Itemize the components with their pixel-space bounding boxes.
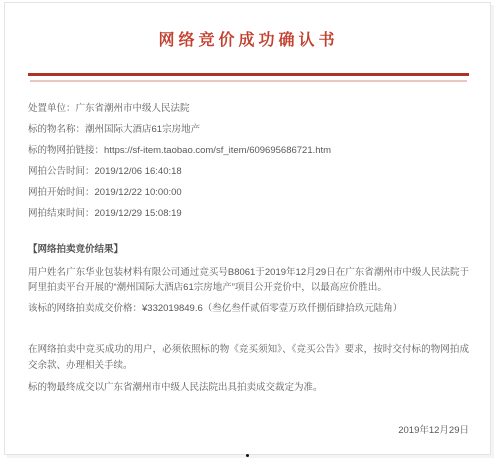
info-row-end-time: 网拍结束时间：2019/12/29 15:08:19	[28, 203, 469, 224]
notes-block: 在网络拍卖中竞买成功的用户，必须依照标的物《竞买须知》、《竞买公告》要求，按时交…	[28, 342, 469, 396]
result-section-heading: 【网络拍卖竞价结果】	[28, 243, 469, 257]
confirmation-document: 网络竞价成功确认书 处置单位：广东省潮州市中级人民法院 标的物名称：潮州国际大酒…	[0, 0, 499, 463]
info-row-announce-time: 网拍公告时间：2019/12/06 16:40:18	[28, 161, 469, 182]
page-title: 网络竞价成功确认书	[28, 27, 469, 50]
document-sheet: 网络竞价成功确认书 处置单位：广东省潮州市中级人民法院 标的物名称：潮州国际大酒…	[4, 2, 491, 455]
info-value: 潮州国际大酒店61宗房地产	[85, 124, 200, 135]
title-divider-rule	[28, 73, 469, 79]
info-row-start-time: 网拍开始时间：2019/12/22 10:00:00	[28, 182, 469, 203]
info-value: 2019/12/22 10:00:00	[95, 187, 182, 198]
info-label: 标的物名称：	[28, 124, 85, 135]
info-label: 处置单位：	[28, 103, 76, 114]
info-block: 处置单位：广东省潮州市中级人民法院 标的物名称：潮州国际大酒店61宗房地产 标的…	[28, 98, 469, 224]
document-date: 2019年12月29日	[28, 422, 469, 436]
deal-price-line: 该标的网络拍卖成交价格：¥332019849.6（叁亿叁仟贰佰零壹万玖仟捌佰肆拾…	[28, 301, 469, 316]
info-label: 网拍结束时间：	[28, 208, 95, 219]
result-body-paragraph: 用户姓名广东华业包装材料有限公司通过竞买号B8061于2019年12月29日在广…	[28, 265, 469, 295]
dot-artifact	[246, 454, 249, 457]
auction-url: https://sf-item.taobao.com/sf_item/60969…	[104, 145, 331, 156]
note-final-ruling: 标的物最终成交以广东省潮州市中级人民法院出具拍卖成交裁定为准。	[28, 380, 469, 396]
info-value: 2019/12/29 15:08:19	[95, 208, 182, 219]
info-label: 网拍开始时间：	[28, 187, 95, 198]
info-value: 广东省潮州市中级人民法院	[76, 103, 190, 114]
note-payment-requirement: 在网络拍卖中竞买成功的用户，必须依照标的物《竞买须知》、《竞买公告》要求，按时交…	[28, 342, 469, 373]
info-row-disposal-unit: 处置单位：广东省潮州市中级人民法院	[28, 98, 469, 119]
info-value: 2019/12/06 16:40:18	[95, 166, 182, 177]
info-row-auction-link: 标的物网拍链接：https://sf-item.taobao.com/sf_it…	[28, 140, 469, 161]
info-label: 网拍公告时间：	[28, 166, 95, 177]
info-row-subject-name: 标的物名称：潮州国际大酒店61宗房地产	[28, 119, 469, 140]
info-label: 标的物网拍链接：	[28, 145, 104, 156]
